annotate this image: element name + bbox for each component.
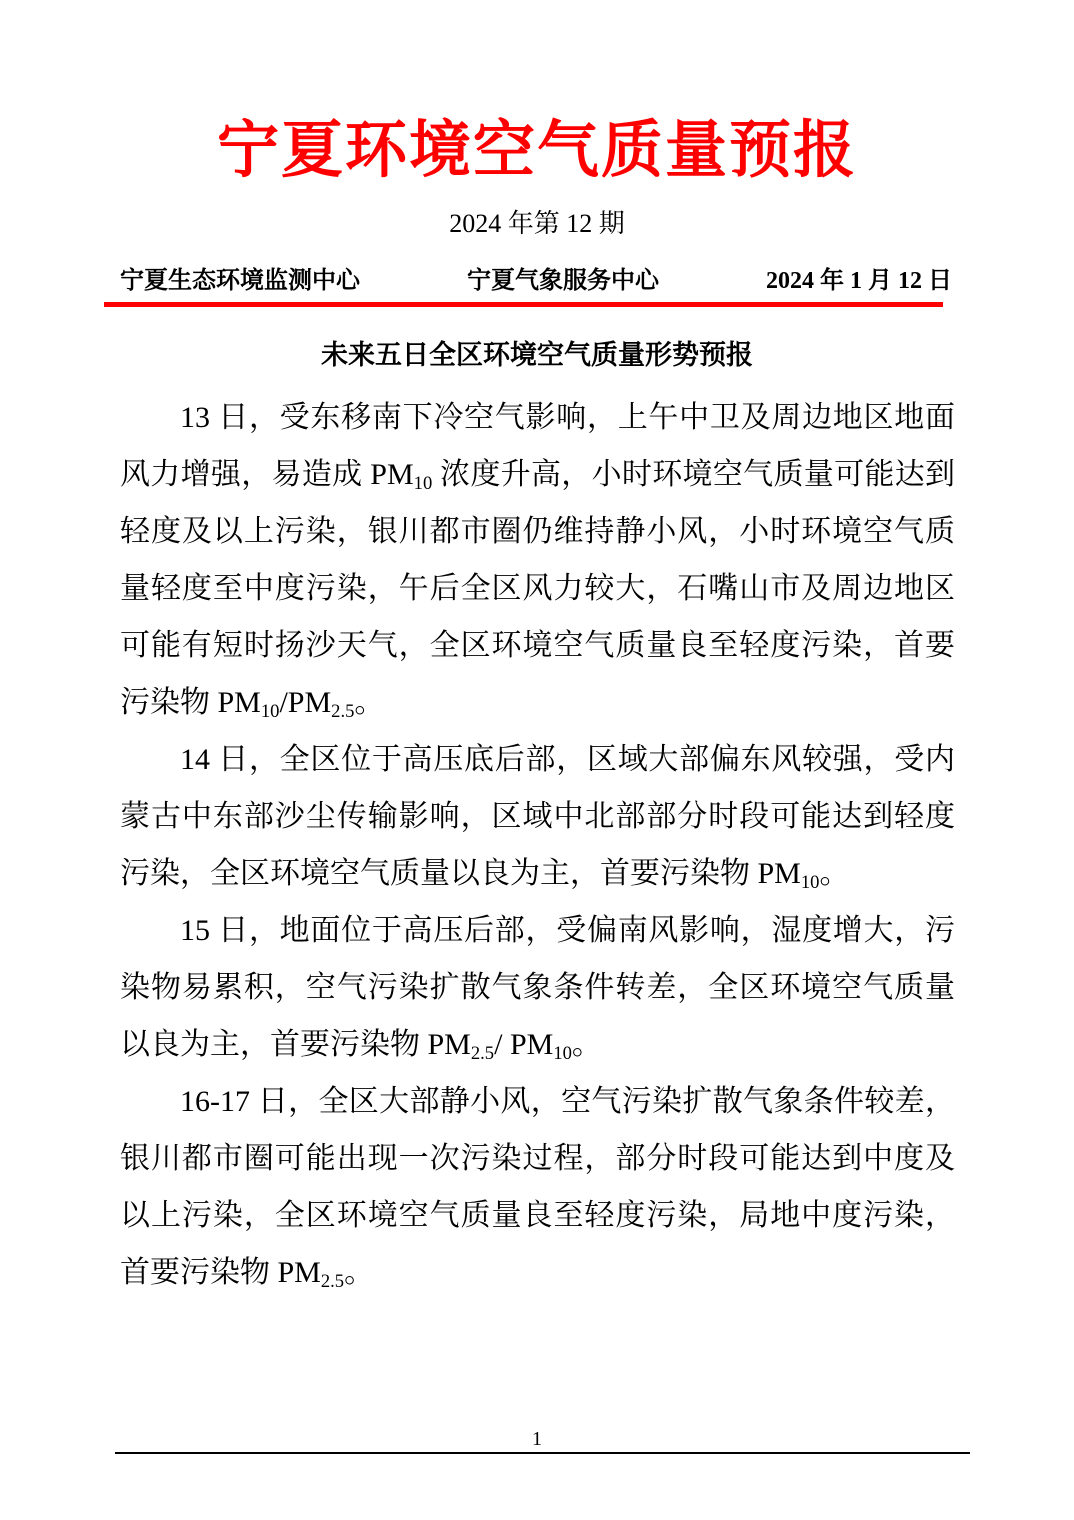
masthead-row: 宁夏生态环境监测中心 宁夏气象服务中心 2024 年 1 月 12 日: [0, 267, 1074, 296]
document-page: 宁夏环境空气质量预报 2024 年第 12 期 宁夏生态环境监测中心 宁夏气象服…: [0, 0, 1074, 1520]
page-number: 1: [0, 1426, 1074, 1452]
text-run: 。: [819, 857, 849, 890]
issue-number: 2024 年第 12 期: [0, 208, 1074, 239]
paragraph: 16-17 日，全区大部静小风，空气污染扩散气象条件较差，银川都市圈可能出现一次…: [120, 1073, 955, 1301]
red-divider: [104, 302, 943, 307]
paragraph: 13 日，受东移南下冷空气影响，上午中卫及周边地区地面风力增强，易造成 PM10…: [120, 389, 955, 731]
document-title: 宁夏环境空气质量预报: [0, 0, 1074, 188]
subscript-run: 10: [261, 701, 280, 722]
subscript-run: 2.5: [471, 1043, 494, 1064]
text-run: 。: [572, 1028, 602, 1061]
issuing-org-left: 宁夏生态环境监测中心: [120, 267, 360, 296]
body-paragraphs: 13 日，受东移南下冷空气影响，上午中卫及周边地区地面风力增强，易造成 PM10…: [0, 389, 1074, 1301]
subscript-run: 10: [801, 872, 820, 893]
subscript-run: 2.5: [321, 1271, 344, 1292]
text-run: / PM: [494, 1028, 553, 1061]
text-run: 。: [354, 686, 384, 719]
paragraph: 14 日，全区位于高压底后部，区域大部偏东风较强，受内蒙古中东部沙尘传输影响，区…: [120, 731, 955, 902]
text-run: /PM: [279, 686, 331, 719]
text-run: 。: [344, 1256, 374, 1289]
text-run: 16-17 日，全区大部静小风，空气污染扩散气象条件较差，银川都市圈可能出现一次…: [120, 1085, 955, 1289]
footer-divider: [115, 1452, 970, 1454]
subscript-run: 10: [553, 1043, 572, 1064]
section-title: 未来五日全区环境空气质量形势预报: [0, 339, 1074, 371]
subscript-run: 2.5: [331, 701, 354, 722]
issuing-org-center: 宁夏气象服务中心: [467, 267, 659, 296]
paragraph: 15 日，地面位于高压后部，受偏南风影响，湿度增大，污染物易累积，空气污染扩散气…: [120, 902, 955, 1073]
text-run: 浓度升高，小时环境空气质量可能达到轻度及以上污染，银川都市圈仍维持静小风，小时环…: [120, 458, 955, 719]
subscript-run: 10: [414, 473, 433, 494]
issue-date: 2024 年 1 月 12 日: [766, 267, 952, 296]
